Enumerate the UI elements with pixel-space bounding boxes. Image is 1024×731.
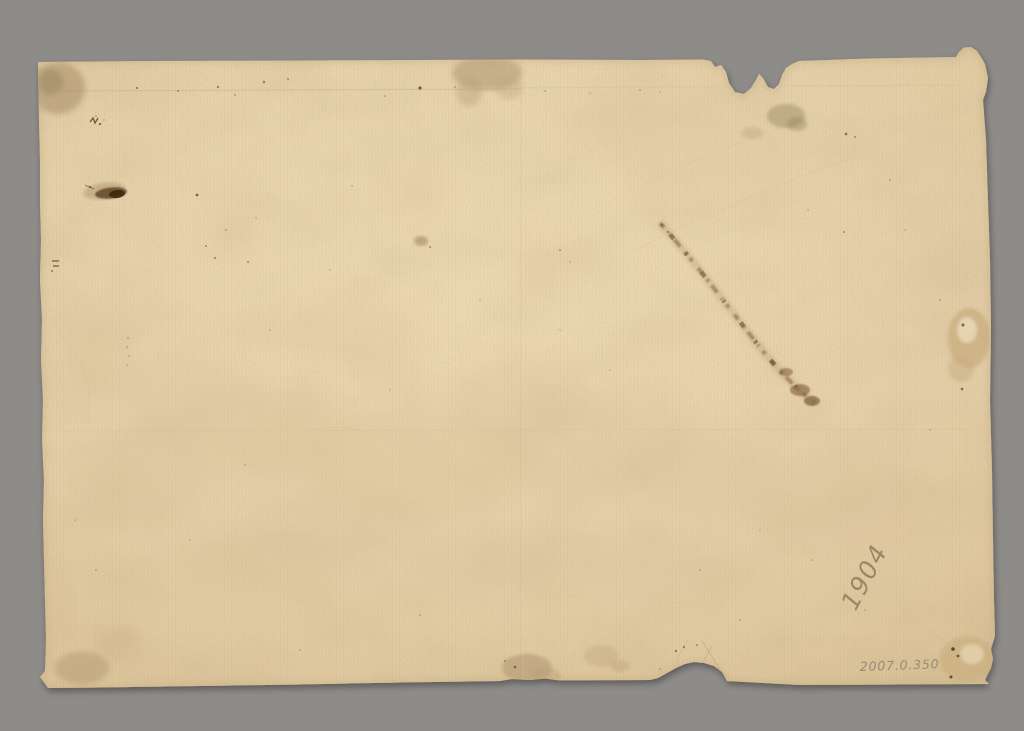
photograph-stage: 1904 2007.0.350 [0, 0, 1024, 731]
top-center-stain-lobe [456, 78, 482, 106]
right-edge-skinned-patch [957, 317, 977, 343]
bottom-stain-lobe [610, 660, 630, 672]
bottom-left-stain-lobe [97, 627, 139, 661]
accession-number-inscription: 2007.0.350 [860, 656, 940, 674]
paper-sheet: 1904 2007.0.350 [30, 40, 1005, 700]
photo-of-paper-verso: 1904 2007.0.350 [0, 0, 1024, 731]
top-center-stain-lobe [495, 77, 523, 99]
bottom-right-skinned-patch [960, 644, 984, 664]
right-edge-stain-lobe [948, 354, 974, 382]
small-brown-smudge [414, 236, 428, 246]
bottom-left-corner-stain [55, 652, 109, 684]
left-edge-streak [45, 564, 75, 648]
small-tan-smudge [741, 127, 763, 139]
